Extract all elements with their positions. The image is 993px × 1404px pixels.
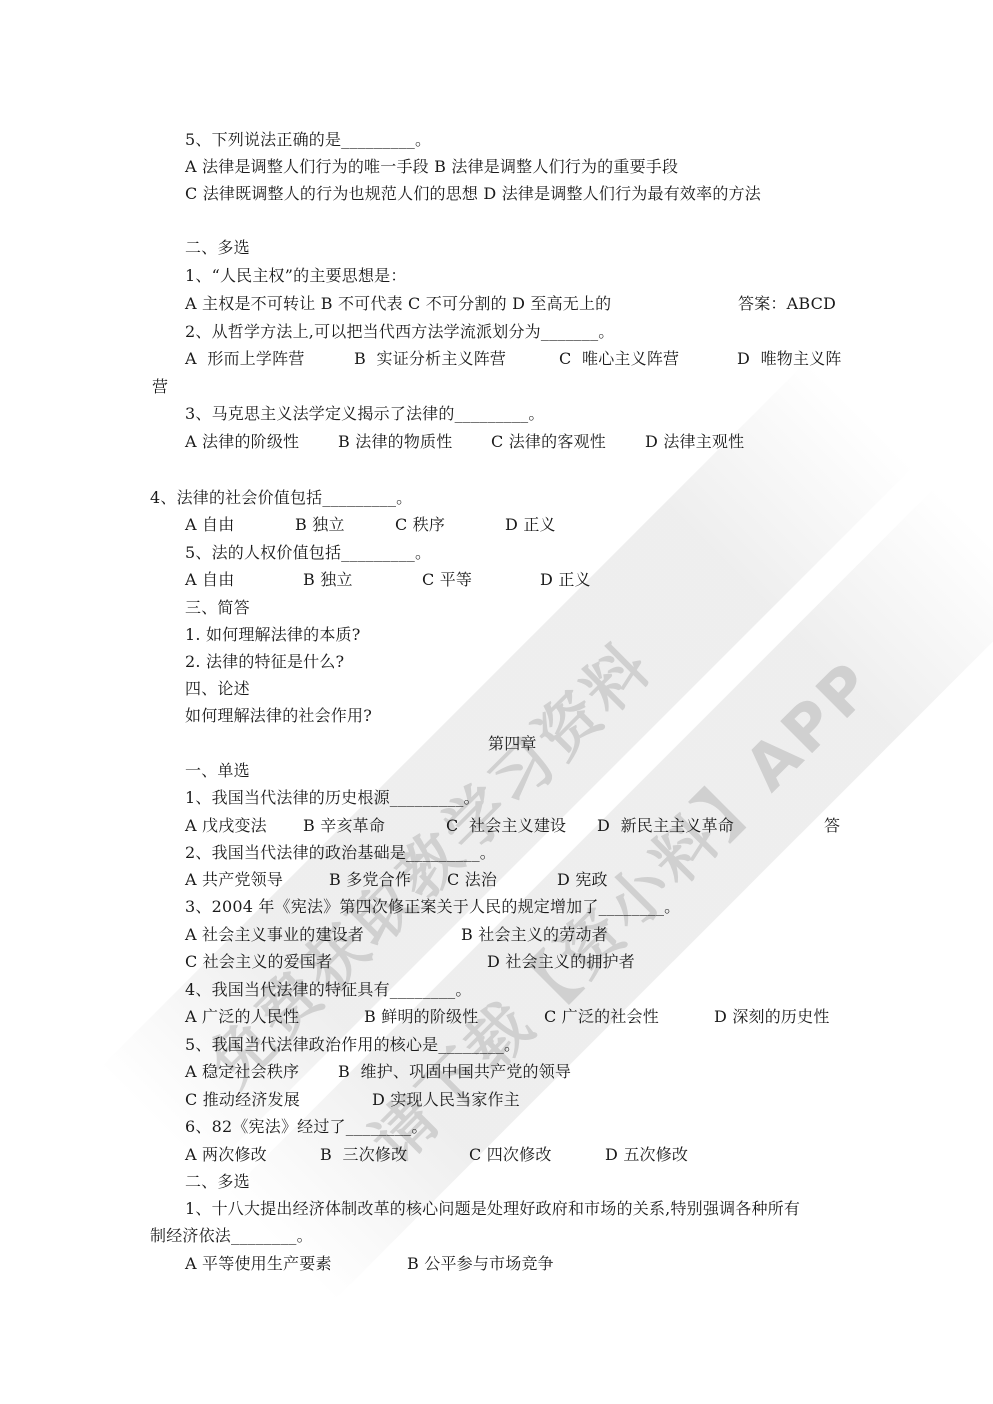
text-line: 营 — [152, 377, 168, 397]
text-line: A 平等使用生产要素 — [185, 1254, 332, 1274]
text-line: D 新民主主义革命 — [597, 816, 734, 836]
text-line: C 秩序 — [395, 515, 445, 535]
text-line: A 共产党领导 — [185, 870, 283, 890]
text-line: B 辛亥革命 — [303, 816, 385, 836]
text-line: 二、多选 — [185, 238, 250, 258]
text-line: D 正义 — [540, 570, 591, 590]
text-line: A 法律是调整人们行为的唯一手段 B 法律是调整人们行为的重要手段 — [185, 157, 678, 177]
text-line: 5、我国当代法律政治作用的核心是________。 — [185, 1035, 520, 1055]
text-line: 5、下列说法正确的是_________。 — [185, 130, 431, 150]
text-line: C 社会主义的爱国者 — [185, 952, 332, 972]
text-line: B 多党合作 — [329, 870, 411, 890]
text-line: B 鲜明的阶级性 — [364, 1007, 478, 1027]
text-line: C 法律的客观性 — [491, 432, 606, 452]
text-line: B 独立 — [295, 515, 345, 535]
text-line: C 法治 — [447, 870, 497, 890]
text-line: 5、法的人权价值包括_________。 — [185, 543, 431, 563]
text-line: C 唯心主义阵营 — [559, 349, 679, 369]
text-line: D 五次修改 — [605, 1145, 688, 1165]
text-line: A 社会主义事业的建设者 — [185, 925, 364, 945]
text-line: 1、我国当代法律的历史根源_________。 — [185, 788, 480, 808]
text-line: A 戊戌变法 — [185, 816, 267, 836]
text-line: 答案：ABCD — [738, 294, 836, 314]
text-line: D 唯物主义阵 — [737, 349, 842, 369]
text-line: C 社会主义建设 — [446, 816, 566, 836]
text-line: A 法律的阶级性 — [185, 432, 299, 452]
watermark-band — [228, 488, 993, 1301]
text-line: A 稳定社会秩序 — [185, 1062, 299, 1082]
text-line: 2、我国当代法律的政治基础是_________。 — [185, 843, 496, 863]
text-line: 二、多选 — [185, 1172, 250, 1192]
text-line: B 独立 — [303, 570, 353, 590]
text-line: B 社会主义的劳动者 — [461, 925, 608, 945]
text-line: D 深刻的历史性 — [714, 1007, 830, 1027]
text-line: 4、我国当代法律的特征具有________。 — [185, 980, 472, 1000]
text-line: 1、“人民主权”的主要思想是： — [185, 266, 407, 286]
text-line: 制经济依法________。 — [150, 1226, 313, 1246]
text-line: A 形而上学阵营 — [185, 349, 305, 369]
text-line: 答 — [824, 816, 840, 836]
text-line: C 法律既调整人的行为也规范人们的思想 D 法律是调整人们行为最有效率的方法 — [185, 184, 761, 204]
text-line: 4、法律的社会价值包括_________。 — [150, 488, 412, 508]
text-line: 2、从哲学方法上,可以把当代西方法学流派划分为_______。 — [185, 322, 614, 342]
text-line: D 正义 — [505, 515, 556, 535]
text-line: A 主权是不可转让 B 不可代表 C 不可分割的 D 至高无上的 — [185, 294, 611, 314]
text-line: D 宪政 — [557, 870, 608, 890]
text-line: B 法律的物质性 — [338, 432, 452, 452]
document-page: 免费获取教学习资料 请下载【资小料】APP 5、下列说法正确的是________… — [0, 0, 993, 1404]
text-line: C 平等 — [422, 570, 472, 590]
text-line: 三、简答 — [185, 598, 250, 618]
text-line: 四、论述 — [185, 679, 250, 699]
text-line: 1、十八大提出经济体制改革的核心问题是处理好政府和市场的关系,特别强调各种所有 — [185, 1199, 800, 1219]
text-line: 6、82《宪法》经过了________。 — [185, 1117, 428, 1137]
text-line: A 自由 — [185, 570, 234, 590]
text-line: 如何理解法律的社会作用? — [185, 706, 372, 726]
text-line: A 两次修改 — [185, 1145, 267, 1165]
text-line: D 法律主观性 — [645, 432, 744, 452]
text-line: C 四次修改 — [469, 1145, 552, 1165]
text-line: B 三次修改 — [320, 1145, 407, 1165]
text-line: 3、马克思主义法学定义揭示了法律的_________。 — [185, 404, 545, 424]
text-line: C 推动经济发展 — [185, 1090, 300, 1110]
text-line: B 实证分析主义阵营 — [354, 349, 506, 369]
text-line: D 社会主义的拥护者 — [487, 952, 635, 972]
text-line: 1. 如何理解法律的本质? — [185, 625, 361, 645]
text-line: A 广泛的人民性 — [185, 1007, 299, 1027]
text-line: B 公平参与市场竞争 — [407, 1254, 554, 1274]
text-line: 一、单选 — [185, 761, 250, 781]
text-line: C 广泛的社会性 — [544, 1007, 659, 1027]
text-line: A 自由 — [185, 515, 234, 535]
text-line: 3、2004 年《宪法》第四次修正案关于人民的规定增加了________。 — [185, 897, 680, 917]
text-line: B 维护、巩固中国共产党的领导 — [338, 1062, 571, 1082]
text-line: 2. 法律的特征是什么? — [185, 652, 344, 672]
text-line: D 实现人民当家作主 — [372, 1090, 520, 1110]
text-line: 第四章 — [488, 734, 537, 754]
